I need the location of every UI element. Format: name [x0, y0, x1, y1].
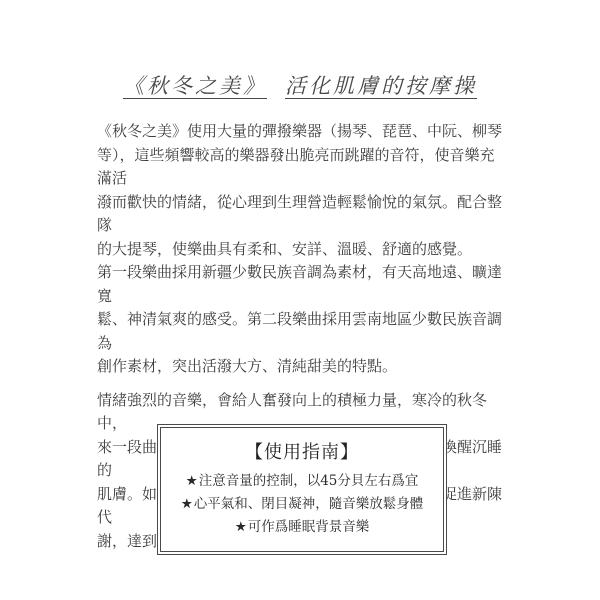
body-paragraph-1: 《秋冬之美》使用大量的彈撥樂器（揚琴、琵琶、中阮、柳琴 等），這些頻響較高的樂器… [97, 120, 509, 261]
document-page: 《秋冬之美》活化肌膚的按摩操 《秋冬之美》使用大量的彈撥樂器（揚琴、琵琶、中阮、… [0, 0, 600, 600]
guide-heading: 【使用指南】 [161, 438, 443, 464]
guide-item: ★可作爲睡眠背景音樂 [161, 516, 443, 539]
star-icon: ★ [235, 516, 247, 539]
title-book-name: 《秋冬之美》 [123, 74, 267, 98]
guide-item-text: 可作爲睡眠背景音樂 [248, 519, 370, 535]
usage-guide-box: 【使用指南】 ★注意音量的控制，以45分貝左右爲宜 ★心平氣和、閉目凝神，隨音樂… [157, 424, 447, 555]
title-subtitle: 活化肌膚的按摩操 [285, 74, 477, 98]
document-title: 《秋冬之美》活化肌膚的按摩操 [0, 70, 600, 100]
star-icon: ★ [181, 493, 193, 516]
guide-item: ★心平氣和、閉目凝神，隨音樂放鬆身體 [161, 493, 443, 516]
guide-item-text: 注意音量的控制，以45分貝左右爲宜 [199, 473, 419, 489]
body-paragraph-2: 第一段樂曲採用新疆少數民族音調為素材，有天高地遠、曠達寬 鬆、神清氣爽的感受。第… [97, 261, 509, 379]
guide-item: ★注意音量的控制，以45分貝左右爲宜 [161, 470, 443, 493]
guide-item-text: 心平氣和、閉目凝神，隨音樂放鬆身體 [194, 496, 424, 512]
star-icon: ★ [186, 470, 198, 493]
